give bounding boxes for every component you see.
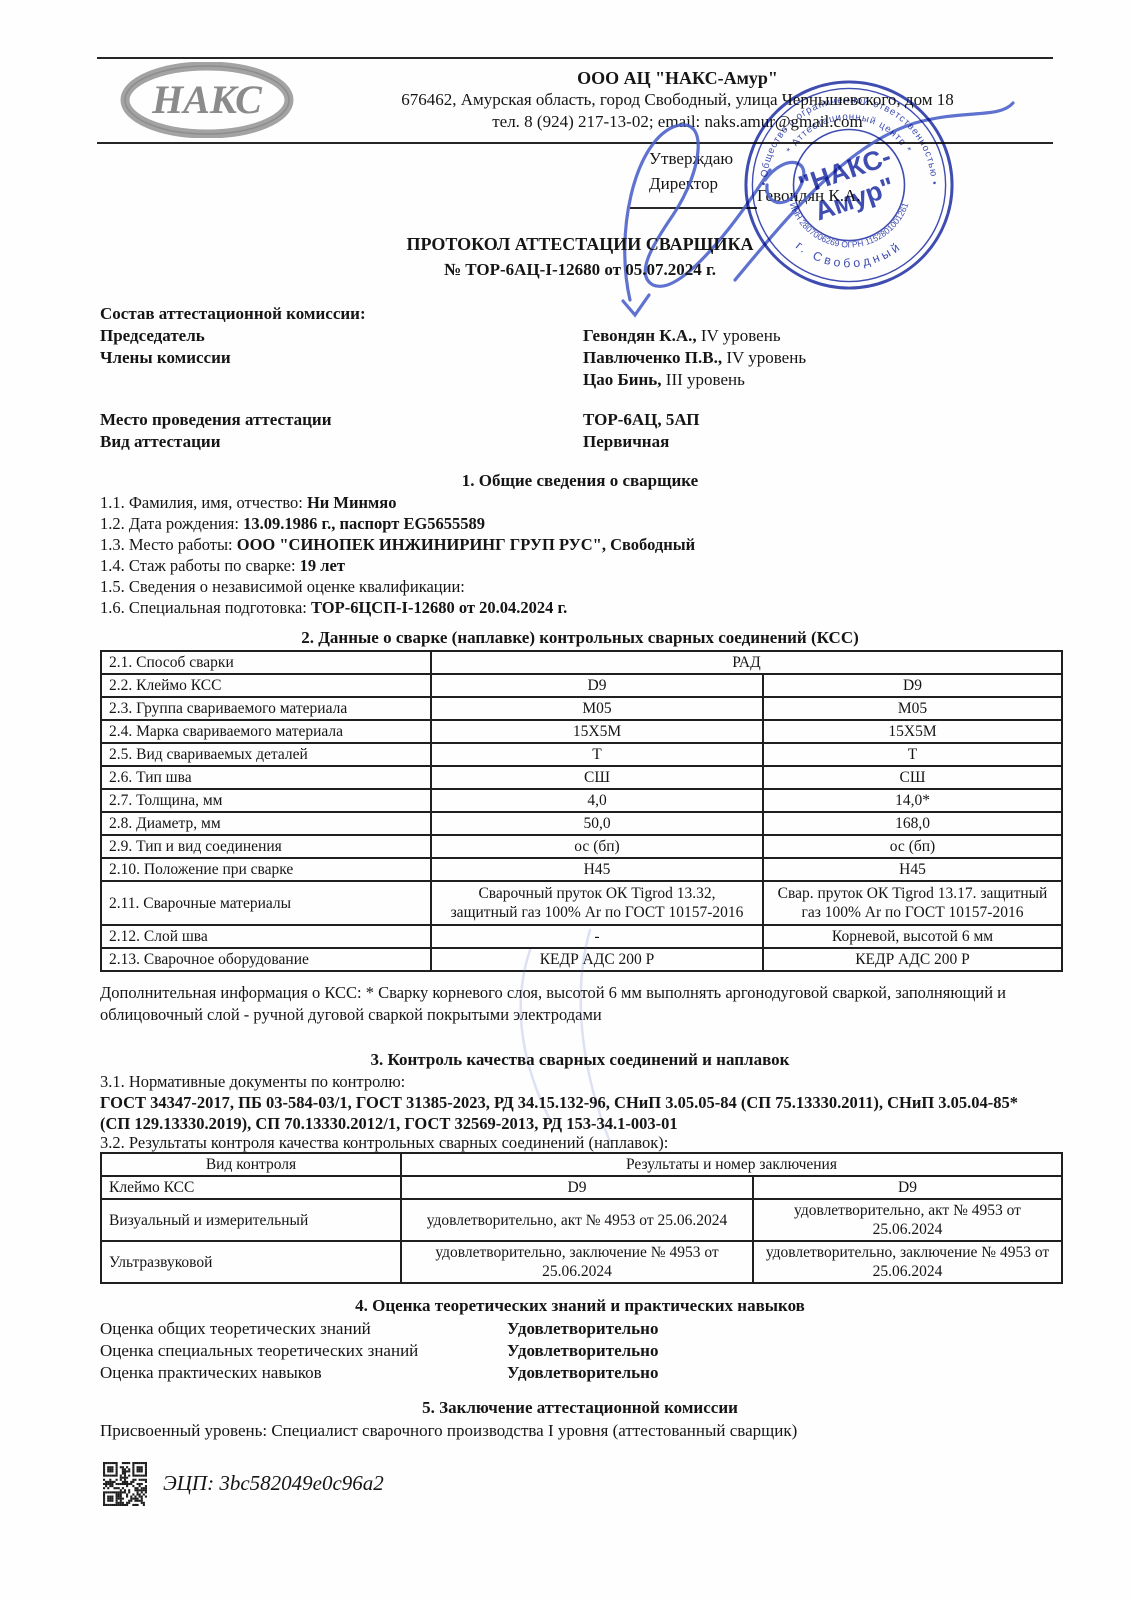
assigned-level-text: Присвоенный уровень: Специалист сварочно… xyxy=(100,1420,1070,1441)
table-row: 2.6. Тип шваСШСШ xyxy=(101,766,1062,789)
row-2-5-c2: Т xyxy=(763,743,1062,766)
row-2-6-c2: СШ xyxy=(763,766,1062,789)
table-row: 2.9. Тип и вид соединенияос (бп)ос (бп) xyxy=(101,835,1062,858)
welder-certification-protocol-page: НАКС ООО АЦ "НАКС-Амур" 676462, Амурская… xyxy=(0,0,1131,1600)
s1-item-4-label: 1.4. Стаж работы по сварке: xyxy=(100,556,300,575)
kind-value: Первичная xyxy=(583,431,669,452)
row-2-3-c1: М05 xyxy=(431,697,763,720)
table-row: Клеймо КССD9D9 xyxy=(101,1176,1062,1199)
practical-skills-label: Оценка практических навыков xyxy=(100,1362,322,1383)
s1-item-1-value: Ни Минмяо xyxy=(307,493,396,512)
chairman-label: Председатель xyxy=(100,325,205,346)
members-label: Члены комиссии xyxy=(100,347,231,368)
row-2-12-label: 2.12. Слой шва xyxy=(101,925,431,948)
chairman-value: Гевондян К.А., IV уровень xyxy=(583,325,781,346)
qr-code xyxy=(103,1462,147,1506)
s1-item-6: 1.6. Специальная подготовка: ТОР-6ЦСП-I-… xyxy=(100,597,567,618)
s1-item-6-label: 1.6. Специальная подготовка: xyxy=(100,598,311,617)
table-row: 2.11. Сварочные материалыСварочный пруто… xyxy=(101,881,1062,925)
row-2-8-c2: 168,0 xyxy=(763,812,1062,835)
section3-table-wrap: Вид контроляРезультаты и номер заключени… xyxy=(100,1152,1063,1284)
row-2-8-label: 2.8. Диаметр, мм xyxy=(101,812,431,835)
practical-skills-value: Удовлетворительно xyxy=(507,1362,658,1383)
table-row: Визуальный и измерительныйудовлетворител… xyxy=(101,1199,1062,1241)
chairman-name: Гевондян К.А., xyxy=(583,326,697,345)
norm-docs-label: 3.1. Нормативные документы по контролю: xyxy=(100,1071,405,1092)
s1-item-3-value: ООО "СИНОПЕК ИНЖИНИРИНГ ГРУП РУС", Свобо… xyxy=(237,535,695,554)
row-2-2-c1: D9 xyxy=(431,674,763,697)
special-theory-value: Удовлетворительно xyxy=(507,1340,658,1361)
s1-item-3-label: 1.3. Место работы: xyxy=(100,535,237,554)
row-2-1-label: 2.1. Способ сварки xyxy=(101,651,431,674)
doc-title-line1: ПРОТОКОЛ АТТЕСТАЦИИ СВАРЩИКА xyxy=(100,231,1060,257)
naks-logo-text: НАКС xyxy=(151,77,263,122)
row-2-11-c2: Свар. пруток ОК Tigrod 13.17. защитный г… xyxy=(763,881,1062,925)
results-label: 3.2. Результаты контроля качества контро… xyxy=(100,1132,668,1153)
row-2-5-c1: Т xyxy=(431,743,763,766)
esign-text: ЭЦП: 3bc582049e0c96a2 xyxy=(163,1471,384,1496)
norm-docs-line2: (СП 129.13330.2019), СП 70.13330.2012/1,… xyxy=(100,1113,1070,1134)
section4-title: 4. Оценка теоретических знаний и практич… xyxy=(100,1295,1060,1316)
norm-docs-line1: ГОСТ 34347-2017, ПБ 03-584-03/1, ГОСТ 31… xyxy=(100,1092,1070,1113)
row-2-6-c1: СШ xyxy=(431,766,763,789)
esign-label: ЭЦП: xyxy=(163,1471,214,1495)
row-2-3-label: 2.3. Группа свариваемого материала xyxy=(101,697,431,720)
table-row: 2.8. Диаметр, мм50,0168,0 xyxy=(101,812,1062,835)
row-2-10-c1: Н45 xyxy=(431,858,763,881)
s1-item-3: 1.3. Место работы: ООО "СИНОПЕК ИНЖИНИРИ… xyxy=(100,534,695,555)
doc-title: ПРОТОКОЛ АТТЕСТАЦИИ СВАРЩИКА № ТОР-6АЦ-I… xyxy=(100,231,1060,283)
row-2-2-label: 2.2. Клеймо КСС xyxy=(101,674,431,697)
section5-title: 5. Заключение аттестационной комиссии xyxy=(100,1397,1060,1418)
row-2-5-label: 2.5. Вид свариваемых деталей xyxy=(101,743,431,766)
doc-number: № ТОР-6АЦ-I-12680 от 05.07.2024 г. xyxy=(100,257,1060,283)
naks-logo-icon: НАКС xyxy=(118,62,296,138)
member2-level: III уровень xyxy=(662,370,745,389)
section1-title: 1. Общие сведения о сварщике xyxy=(100,470,1060,491)
table-row: 2.1. Способ сваркиРАД xyxy=(101,651,1062,674)
table-row: 2.10. Положение при сваркеН45Н45 xyxy=(101,858,1062,881)
row-2-9-c2: ос (бп) xyxy=(763,835,1062,858)
row-2-7-c1: 4,0 xyxy=(431,789,763,812)
visual-control-label: Визуальный и измерительный xyxy=(101,1199,401,1241)
row-2-11-label: 2.11. Сварочные материалы xyxy=(101,881,431,925)
row-2-13-label: 2.13. Сварочное оборудование xyxy=(101,948,431,971)
member-1: Павлюченко П.В., IV уровень xyxy=(583,347,806,368)
table-row: 2.2. Клеймо КССD9D9 xyxy=(101,674,1062,697)
row-2-11-c1: Сварочный пруток ОК Tigrod 13.32, защитн… xyxy=(431,881,763,925)
row-2-3-c2: М05 xyxy=(763,697,1062,720)
row-2-9-label: 2.9. Тип и вид соединения xyxy=(101,835,431,858)
kcc-mark-label: Клеймо КСС xyxy=(101,1176,401,1199)
ultrasonic-control-c1: удовлетворительно, заключение № 4953 от … xyxy=(401,1241,753,1283)
member1-level: IV уровень xyxy=(722,348,806,367)
row-2-9-c1: ос (бп) xyxy=(431,835,763,858)
row-2-8-c1: 50,0 xyxy=(431,812,763,835)
s1-item-6-value: ТОР-6ЦСП-I-12680 от 20.04.2024 г. xyxy=(311,598,567,617)
table-row: 2.3. Группа свариваемого материалаМ05М05 xyxy=(101,697,1062,720)
place-value: ТОР-6АЦ, 5АП xyxy=(583,409,699,430)
kind-label: Вид аттестации xyxy=(100,431,221,452)
ultrasonic-control-c2: удовлетворительно, заключение № 4953 от … xyxy=(753,1241,1062,1283)
member2-name: Цао Бинь, xyxy=(583,370,662,389)
table-row: Ультразвуковойудовлетворительно, заключе… xyxy=(101,1241,1062,1283)
row-2-10-c2: Н45 xyxy=(763,858,1062,881)
top-rule xyxy=(97,57,1053,59)
row-2-4-label: 2.4. Марка свариваемого материала xyxy=(101,720,431,743)
control-type-header: Вид контроля xyxy=(101,1153,401,1176)
row-2-7-label: 2.7. Толщина, мм xyxy=(101,789,431,812)
member-2: Цао Бинь, III уровень xyxy=(583,369,745,390)
results-header: Результаты и номер заключения xyxy=(401,1153,1062,1176)
s1-item-2-label: 1.2. Дата рождения: xyxy=(100,514,243,533)
general-theory-value: Удовлетворительно xyxy=(507,1318,658,1339)
row-2-13-c2: КЕДР АДС 200 Р xyxy=(763,948,1062,971)
kcc-mark-c2: D9 xyxy=(753,1176,1062,1199)
commission-heading: Состав аттестационной комиссии: xyxy=(100,303,366,324)
section3-title: 3. Контроль качества сварных соединений … xyxy=(100,1049,1060,1070)
s1-item-4-value: 19 лет xyxy=(300,556,345,575)
row-2-10-label: 2.10. Положение при сварке xyxy=(101,858,431,881)
s1-item-1-label: 1.1. Фамилия, имя, отчество: xyxy=(100,493,307,512)
s1-item-5-label: 1.5. Сведения о независимой оценке квали… xyxy=(100,577,465,596)
table-row: 2.5. Вид свариваемых деталейТТ xyxy=(101,743,1062,766)
row-2-4-c1: 15Х5М xyxy=(431,720,763,743)
table-row: 2.4. Марка свариваемого материала15Х5М15… xyxy=(101,720,1062,743)
s1-item-2: 1.2. Дата рождения: 13.09.1986 г., паспо… xyxy=(100,513,485,534)
esign-value-wrap: 3bc582049e0c96a2 xyxy=(214,1471,384,1495)
chairman-level: IV уровень xyxy=(697,326,781,345)
member1-name: Павлюченко П.В., xyxy=(583,348,722,367)
row-2-12-c2: Корневой, высотой 6 мм xyxy=(763,925,1062,948)
ultrasonic-control-label: Ультразвуковой xyxy=(101,1241,401,1283)
place-label: Место проведения аттестации xyxy=(100,409,332,430)
s1-item-2-value: 13.09.1986 г., паспорт EG5655589 xyxy=(243,514,485,533)
row-2-2-c2: D9 xyxy=(763,674,1062,697)
row-2-1-value: РАД xyxy=(431,651,1062,674)
section2-title: 2. Данные о сварке (наплавке) контрольны… xyxy=(100,627,1060,648)
control-results-table: Вид контроляРезультаты и номер заключени… xyxy=(100,1152,1063,1284)
s1-item-1: 1.1. Фамилия, имя, отчество: Ни Минмяо xyxy=(100,492,396,513)
s1-item-5: 1.5. Сведения о независимой оценке квали… xyxy=(100,576,465,597)
table-header-row: Вид контроляРезультаты и номер заключени… xyxy=(101,1153,1062,1176)
esign-value: 3bc582049e0c96a2 xyxy=(219,1471,383,1495)
row-2-7-c2: 14,0* xyxy=(763,789,1062,812)
row-2-4-c2: 15Х5М xyxy=(763,720,1062,743)
special-theory-label: Оценка специальных теоретических знаний xyxy=(100,1340,418,1361)
kcc-mark-c1: D9 xyxy=(401,1176,753,1199)
table-row: 2.7. Толщина, мм4,014,0* xyxy=(101,789,1062,812)
row-2-6-label: 2.6. Тип шва xyxy=(101,766,431,789)
visual-control-c2: удовлетворительно, акт № 4953 от 25.06.2… xyxy=(753,1199,1062,1241)
s1-item-4: 1.4. Стаж работы по сварке: 19 лет xyxy=(100,555,345,576)
general-theory-label: Оценка общих теоретических знаний xyxy=(100,1318,371,1339)
visual-control-c1: удовлетворительно, акт № 4953 от 25.06.2… xyxy=(401,1199,753,1241)
